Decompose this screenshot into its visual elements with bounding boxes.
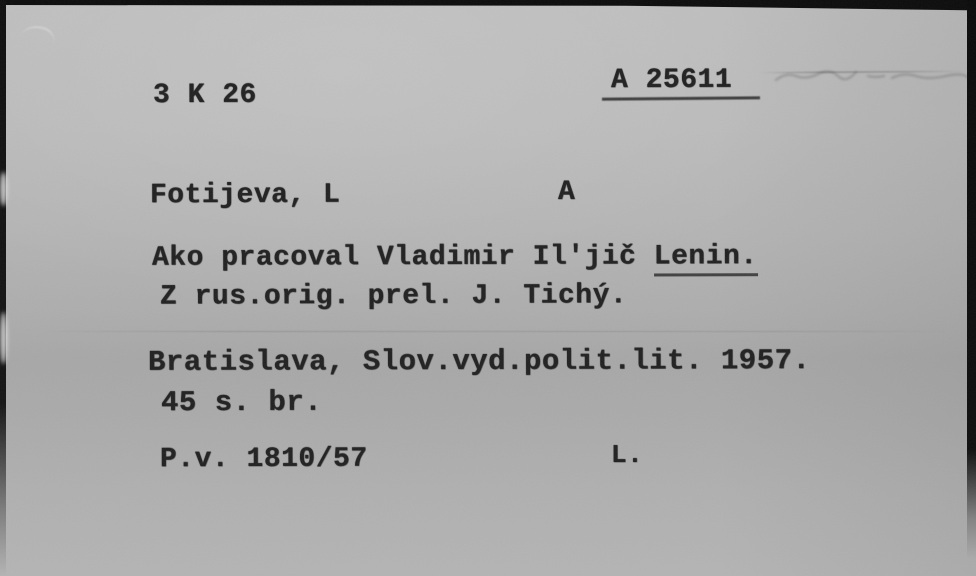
letter-mark: A bbox=[558, 179, 575, 207]
film-edge-top bbox=[0, 0, 976, 12]
record-number: P.v. 1810/57 bbox=[160, 446, 368, 475]
accession-number: A 25611 bbox=[611, 67, 732, 95]
shelf-mark: 3 K 26 bbox=[153, 82, 257, 110]
title-line: Ako pracoval Vladimir Il'jič Lenin. bbox=[152, 243, 758, 273]
film-edge-right bbox=[967, 0, 976, 576]
collation-line: 45 s. br. bbox=[161, 388, 322, 417]
title-main: Ako pracoval Vladimir Il'jič bbox=[152, 241, 654, 273]
author-heading: Fotijeva, L bbox=[150, 182, 340, 210]
crease-line-middle bbox=[40, 331, 950, 332]
imprint-line: Bratislava, Slov.vyd.polit.lit. 1957. bbox=[148, 346, 810, 377]
film-light-spot bbox=[0, 312, 7, 364]
title-underlined-word: Lenin. bbox=[654, 241, 758, 276]
scratch-mark bbox=[20, 21, 57, 47]
translation-note: Z rus.orig. prel. J. Tichý. bbox=[160, 282, 627, 311]
catalog-card-scan: 3 K 26 A 25611 Fotijeva, L A Ako pracova… bbox=[0, 0, 976, 576]
film-light-spot bbox=[0, 172, 7, 206]
initial-mark: L. bbox=[611, 442, 643, 468]
accession-underline bbox=[602, 96, 760, 100]
pencil-smudge bbox=[772, 62, 968, 92]
film-edge-left bbox=[0, 0, 6, 576]
